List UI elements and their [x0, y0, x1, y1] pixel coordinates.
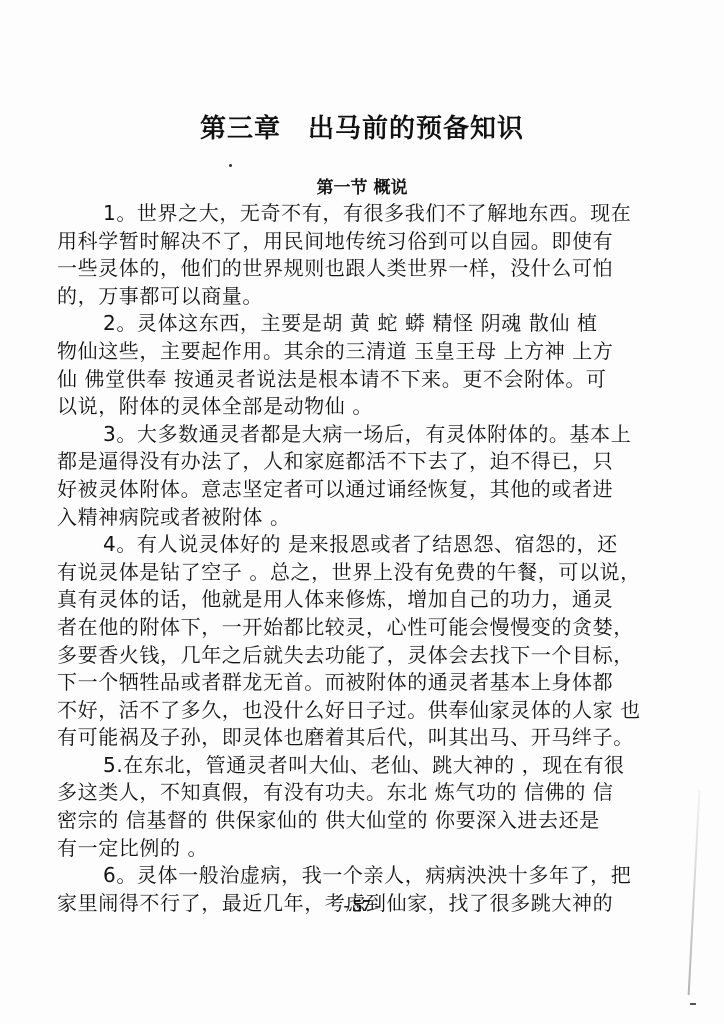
paragraph-first-line: 1。世界之大，无奇不有，有很多我们不了解地东西。现在 — [57, 200, 641, 228]
chapter-title: 第三章 出马前的预备知识 — [0, 108, 724, 145]
text-line: 入精神病院或者被附体 。 — [57, 504, 641, 532]
text-line: 的，万事都可以商量。 — [57, 283, 641, 311]
text-line: 物仙这些，主要起作用。其余的三清道 玉皇王母 上方神 上方 — [57, 338, 641, 366]
paragraph-first-line: 6。灵体一般治虚病，我一个亲人，病病泱泱十多年了，把 — [57, 862, 641, 890]
text-line: 有说灵体是钻了空子 。总之，世界上没有免费的午餐，可以说， — [57, 559, 641, 587]
text-line: 都是逼得没有办法了，人和家庭都活不下去了，迫不得已，只 — [57, 448, 641, 476]
text-line: 仙 佛堂供奉 按通灵者说法是根本请不下来。更不会附体。可 — [57, 366, 641, 394]
text-line: 真有灵体的话，他就是用人体来修炼，增加自己的功力，通灵 — [57, 586, 641, 614]
scan-edge-artifact — [688, 790, 701, 995]
text-line: 多要香火钱，几年之后就失去功能了，灵体会去找下一个目标， — [57, 642, 641, 670]
text-line: 密宗的 信基督的 供保家仙的 供大仙堂的 你要深入进去还是 — [57, 807, 641, 835]
text-line: 有可能祸及子孙，即灵体也磨着其后代，叫其出马、开马绊子。 — [57, 724, 641, 752]
text-line: 多这类人，不知真假，有没有功夫。东北 炼气功的 信佛的 信 — [57, 779, 641, 807]
page-number: - 57 - — [0, 896, 724, 916]
text-line: 以说，附体的灵体全部是动物仙 。 — [57, 393, 641, 421]
paragraph-first-line: 3。大多数通灵者都是大病一场后，有灵体附体的。基本上 — [57, 421, 641, 449]
scan-speck — [229, 164, 232, 167]
text-line: 一些灵体的，他们的世界规则也跟人类世界一样，没什么可怕 — [57, 255, 641, 283]
section-title: 第一节 概说 — [0, 173, 724, 198]
paragraph-first-line: 5.在东北，管通灵者叫大仙、老仙、跳大神的 ，现在有很 — [57, 752, 641, 780]
document-page: 第三章 出马前的预备知识 第一节 概说 1。世界之大，无奇不有，有很多我们不了解… — [0, 0, 724, 1024]
scan-edge-mark — [690, 1003, 696, 1005]
body-text: 1。世界之大，无奇不有，有很多我们不了解地东西。现在用科学暂时解决不了，用民间地… — [57, 200, 641, 917]
text-line: 者在他的附体下，一开始都比较灵，心性可能会慢慢变的贪婪， — [57, 614, 641, 642]
text-line: 有一定比例的 。 — [57, 835, 641, 863]
text-line: 下一个牺牲品或者群龙无首。而被附体的通灵者基本上身体都 — [57, 669, 641, 697]
text-line: 不好，活不了多久，也没什么好日子过。供奉仙家灵体的人家 也 — [57, 697, 641, 725]
text-line: 用科学暂时解决不了，用民间地传统习俗到可以自园。即使有 — [57, 228, 641, 256]
text-line: 好被灵体附体。意志坚定者可以通过诵经恢复，其他的或者进 — [57, 476, 641, 504]
paragraph-first-line: 4。有人说灵体好的 是来报恩或者了结恩怨、宿怨的，还 — [57, 531, 641, 559]
paragraph-first-line: 2。灵体这东西，主要是胡 黄 蛇 蟒 精怪 阴魂 散仙 植 — [57, 310, 641, 338]
